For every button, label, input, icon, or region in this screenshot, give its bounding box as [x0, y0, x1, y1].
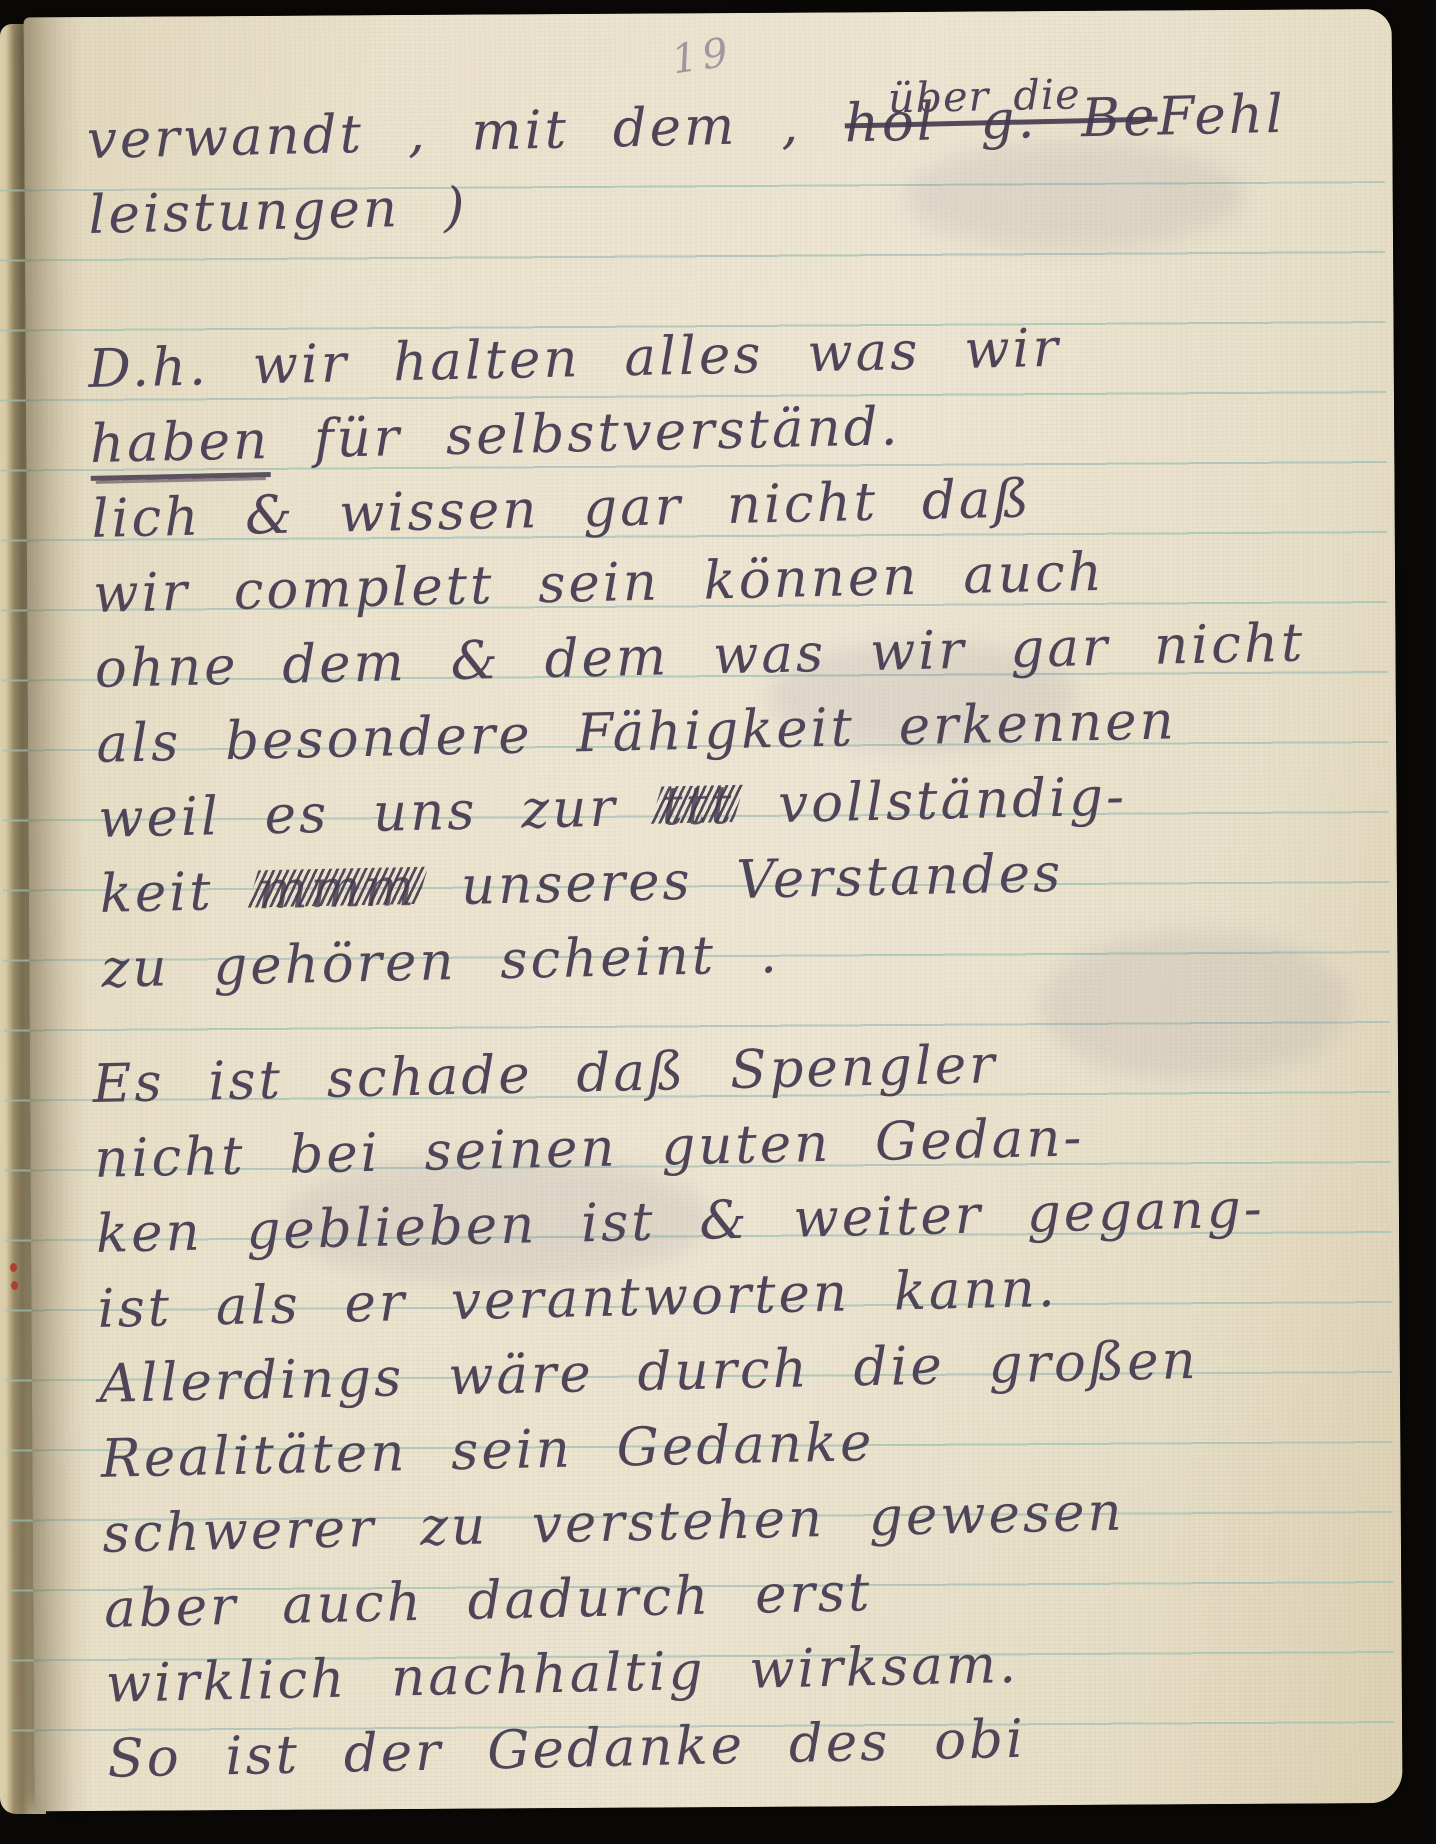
handwriting-segment: vollständig- [734, 766, 1128, 836]
handwriting-segment: ist als er verantworten kann. [97, 1258, 1058, 1340]
handwriting-segment: Es ist schade daß Spengler [92, 1034, 998, 1115]
paragraph: D.h. wir halten alles was wirhaben für s… [88, 304, 1402, 1007]
underlined-word: haben [89, 410, 271, 481]
handwriting-segment: für selbstverständ. [269, 396, 901, 471]
notebook-scan: 19 verwandt , mit dem , hol g. Beüber di… [0, 0, 1436, 1844]
red-mark [11, 1281, 18, 1290]
handwriting-segment: So ist der Gedanke des obi [107, 1709, 1027, 1790]
red-mark [10, 1263, 17, 1272]
paragraph: Es ist schade daß Spenglernicht bei sein… [92, 1019, 1408, 1797]
handwriting-text: verwandt , mit dem , hol g. Beüber dieFe… [86, 9, 1397, 1811]
inserted-text-above-line: über die [887, 58, 1081, 137]
handwriting-segment: keit [99, 860, 258, 924]
handwriting-segment: leistungen ) [88, 177, 468, 246]
handwriting-segment: weil es uns zur [98, 777, 663, 850]
handwriting-segment: D.h. wir halten alles was wir [88, 318, 1062, 400]
scribbled-out-word: ttt [661, 775, 735, 838]
handwriting-segment: verwandt , mit dem , [86, 93, 845, 171]
handwriting-segment: unseres Verstandes [416, 843, 1063, 918]
gutter-shadow [24, 17, 93, 1811]
handwriting-segment: lich & wissen gar nicht daß [91, 468, 1032, 549]
scribbled-out-word: mmm [257, 857, 418, 921]
handwriting-segment: zu gehören scheint . [101, 924, 781, 1000]
handwriting-segment: schwerer zu verstehen gewesen [102, 1482, 1125, 1565]
paragraph: verwandt , mit dem , hol g. Beüber dieFe… [86, 75, 1389, 253]
handwriting-segment: aber auch dadurch erst [104, 1562, 873, 1640]
handwriting-segment: Realitäten sein Gedanke [100, 1412, 875, 1490]
handwriting-segment: Fehl [1157, 84, 1287, 148]
notebook-page: 19 verwandt , mit dem , hol g. Beüber di… [24, 9, 1403, 1811]
struck-out-text: hol g. Beüber die [844, 87, 1158, 155]
handwriting-segment: nicht bei seinen guten Gedan- [94, 1107, 1085, 1190]
handwriting-segment: wirklich nachhaltig wirksam. [105, 1634, 1019, 1715]
